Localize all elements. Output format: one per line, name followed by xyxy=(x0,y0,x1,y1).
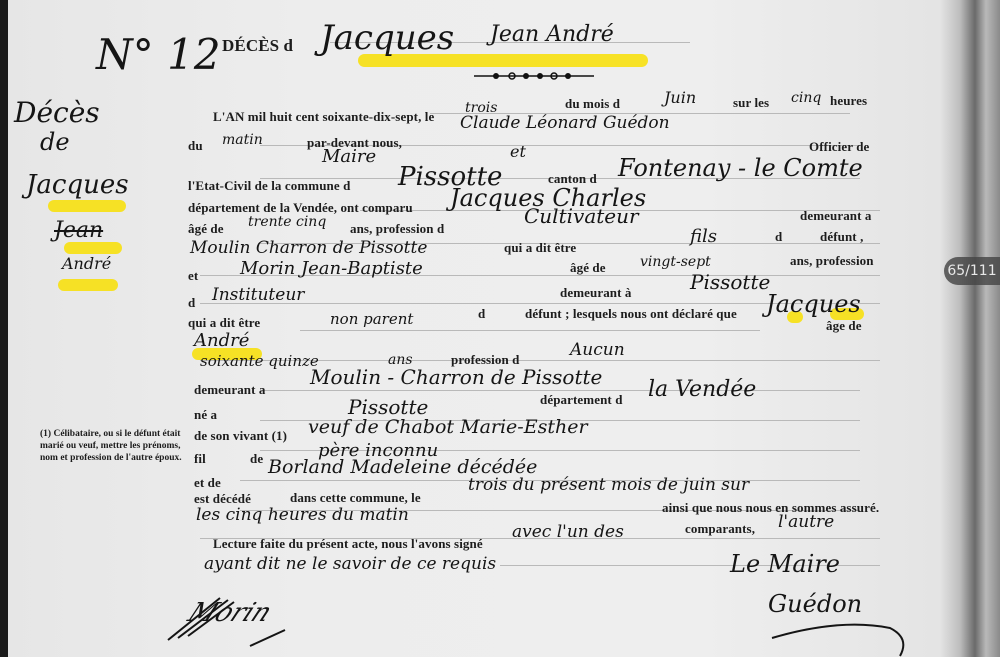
hw-month: Juin xyxy=(664,88,696,107)
record-title: DÉCÈS d xyxy=(222,36,293,56)
text-d-1: d xyxy=(775,229,782,245)
signature-right-name: Guédon xyxy=(768,590,862,618)
death-record-page: N° 12 Décès de Jacques Jean André DÉCÈS … xyxy=(0,0,1000,657)
hw-deceased-profession: Aucun xyxy=(570,340,625,360)
hw-signed-with: avec l'un des xyxy=(512,522,624,542)
text-comparants: comparants, xyxy=(685,521,755,537)
highlight-margin-crossed xyxy=(64,242,122,254)
hw-closing: ayant dit ne le savoir de ce requis xyxy=(204,554,496,574)
text-defunt-1: défunt , xyxy=(820,229,863,245)
text-demeurant-3: demeurant a xyxy=(194,382,266,398)
text-defunt-declare: défunt ; lesquels nous ont déclaré que xyxy=(525,306,737,322)
text-qui-a-dit-1: qui a dit être xyxy=(504,240,576,256)
text-du: du xyxy=(188,138,203,154)
hw-death-time: les cinq heures du matin xyxy=(196,505,409,525)
hw-canton: Fontenay - le Comte xyxy=(618,154,863,182)
hw-deceased-age: soixante quinze xyxy=(200,352,319,370)
text-ans-profession-1: ans, profession d xyxy=(350,221,444,237)
hw-et: et xyxy=(510,142,526,161)
text-etat-civil: l'Etat-Civil de la commune d xyxy=(188,178,350,194)
page-counter-badge: 65/111 xyxy=(944,257,1000,285)
header-given-names: Jean André xyxy=(490,22,614,47)
hw-other: l'autre xyxy=(778,512,834,532)
hw-birth-department: la Vendée xyxy=(648,377,756,402)
divider-ornament xyxy=(474,71,594,81)
text-et: et xyxy=(188,268,198,284)
text-heures: heures xyxy=(830,93,867,109)
margin-record-number: N° 12 xyxy=(96,30,221,79)
text-ne-a: né a xyxy=(194,407,217,423)
text-ans-profession-2: ans, profession xyxy=(790,253,874,269)
hw-declarant1-profession: Cultivateur xyxy=(524,204,639,228)
text-fils: fil xyxy=(194,451,206,467)
hw-declarant1-age: trente cinq xyxy=(248,214,326,230)
hw-declarant2-age: vingt-sept xyxy=(640,254,711,270)
text-age-de-3: âge de xyxy=(826,318,862,334)
margin-deces: Décès xyxy=(14,96,100,129)
signature-left-flourish xyxy=(160,590,290,650)
hw-deceased-residence: Moulin - Charron de Pissotte xyxy=(310,365,602,389)
hw-deceased-given: André xyxy=(194,330,249,351)
hw-declarant2-relation: non parent xyxy=(330,310,413,328)
margin-crossed-name: Jean xyxy=(54,218,103,243)
text-de-son-vivant: de son vivant (1) xyxy=(194,428,287,444)
hw-declarant1-residence: Moulin Charron de Pissotte xyxy=(190,238,427,258)
hw-declarant1-relation: fils xyxy=(690,226,717,247)
text-du-mois: du mois d xyxy=(565,96,620,112)
hw-deceased-surname: Jacques xyxy=(766,290,861,318)
text-qui-a-dit-2: qui a dit être xyxy=(188,315,260,331)
highlight-margin-given xyxy=(58,279,118,291)
text-dans-cette-commune: dans cette commune, le xyxy=(290,490,421,506)
document-viewer: N° 12 Décès de Jacques Jean André DÉCÈS … xyxy=(0,0,1000,657)
text-demeurant-1: demeurant a xyxy=(800,208,872,224)
margin-de: de xyxy=(40,128,70,156)
hw-spouse: veuf de Chabot Marie-Esther xyxy=(308,416,588,438)
text-demeurant-2: demeurant à xyxy=(560,285,632,301)
text-lecture: Lecture faite du présent acte, nous l'av… xyxy=(213,536,483,552)
text-ainsi-que: ainsi que nous nous en sommes assuré. xyxy=(662,500,879,516)
text-year: L'AN mil huit cent soixante-dix-sept, le xyxy=(213,109,434,125)
margin-surname: Jacques xyxy=(26,170,129,200)
text-age-de-1: âgé de xyxy=(188,221,224,237)
hw-hour: cinq xyxy=(791,90,821,106)
margin-given-name: André xyxy=(62,254,111,273)
hw-declarant2-profession: Instituteur xyxy=(212,285,304,305)
text-age-de-2: âgé de xyxy=(570,260,606,276)
text-d-3: d xyxy=(478,306,485,322)
page-edge xyxy=(0,0,8,657)
hw-declarant2-residence: Pissotte xyxy=(690,270,770,294)
highlight-margin-surname xyxy=(48,200,126,212)
text-d-2: d xyxy=(188,295,195,311)
signature-right-flourish xyxy=(770,618,910,657)
header-surname: Jacques xyxy=(320,18,454,58)
text-et-de: et de xyxy=(194,475,221,491)
text-officier: Officier de xyxy=(809,139,869,155)
footnote: (1) Célibataire, ou si le défunt était m… xyxy=(40,428,190,464)
hw-death-date: trois du présent mois de juin sur xyxy=(468,475,749,495)
signature-right-title: Le Maire xyxy=(730,550,840,578)
text-departement-2: département d xyxy=(540,392,623,408)
hw-mayor-name: Claude Léonard Guédon xyxy=(460,113,670,133)
hw-declarant2-name: Morin Jean-Baptiste xyxy=(240,258,423,279)
text-sur-les: sur les xyxy=(733,95,769,111)
hw-time-of-day: matin xyxy=(222,132,263,148)
text-de: de xyxy=(250,451,263,467)
hw-mayor-title: Maire xyxy=(322,146,376,167)
